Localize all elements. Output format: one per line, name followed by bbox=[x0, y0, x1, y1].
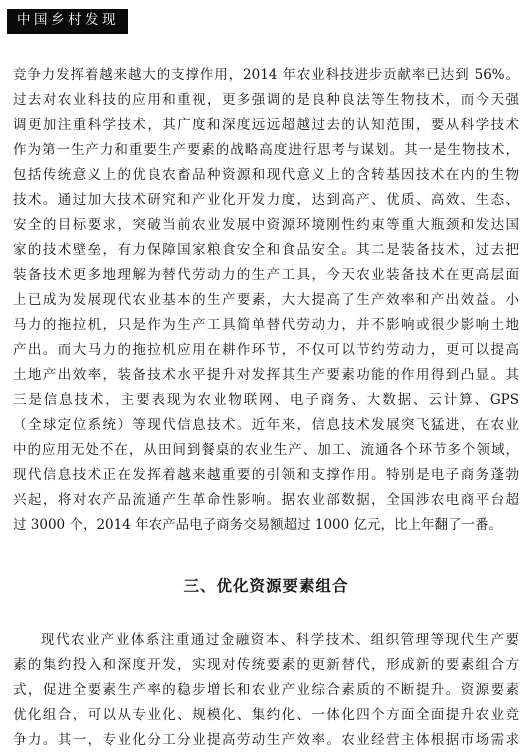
text-line: 优化组合，可以从专业化、规模化、集约化、一体化四个方面全面提升农业竞 bbox=[13, 703, 519, 728]
publication-badge: 中国乡村发现 bbox=[7, 9, 128, 34]
text-line: 调更加注重科学技术，其广度和深度远远超越过去的认知范围，要从科学技术 bbox=[13, 113, 519, 138]
text-line: 中的应用无处不在，从田间到餐桌的农业生产、加工、流通各个环节多个领域， bbox=[13, 438, 519, 463]
paragraph-resource-elements: 现代农业产业体系注重通过金融资本、科学技术、组织管理等现代生产要素的集约投入和深… bbox=[13, 628, 519, 753]
document-page: 中国乡村发现 竞争力发挥着越来越大的支撑作用，2014 年农业科技进步贡献率已达… bbox=[0, 0, 531, 755]
text-line: 三是信息技术，主要表现为农业物联网、电子商务、大数据、云计算、GPS bbox=[13, 388, 519, 413]
text-line: （全球定位系统）等现代信息技术。近年来，信息技术发展突飞猛进，在农业 bbox=[13, 413, 519, 438]
text-line: 装备技术更多地理解为替代劳动力的生产工具，今天农业装备技术在更高层面 bbox=[13, 263, 519, 288]
text-line: 现代信息技术正在发挥着越来越重要的引领和支撑作用。特别是电子商务蓬勃 bbox=[13, 463, 519, 488]
text-line: 马力的拖拉机，只是作为生产工具简单替代劳动力，并不影响或很少影响土地 bbox=[13, 313, 519, 338]
text-line: 争力。其一，专业化分工分业提高劳动生产效率。农业经营主体根据市场需求 bbox=[13, 728, 519, 753]
text-line: 过 3000 个，2014 年农产品电子商务交易额超过 1000 亿元，比上年翻… bbox=[13, 513, 519, 538]
text-line: 兴起，将对农产品流通产生革命性影响。据农业部数据，全国涉农电商平台超 bbox=[13, 488, 519, 513]
text-line: 技术。通过加大技术研究和产业化开发力度，达到高产、优质、高效、生态、 bbox=[13, 188, 519, 213]
section-heading: 三、优化资源要素组合 bbox=[13, 573, 519, 598]
text-line: 土地产出效率，装备技术水平提升对发挥其生产要素功能的作用得到凸显。其 bbox=[13, 363, 519, 388]
text-line: 式，促进全要素生产率的稳步增长和农业产业综合素质的不断提升。资源要素 bbox=[13, 678, 519, 703]
text-line: 现代农业产业体系注重通过金融资本、科学技术、组织管理等现代生产要 bbox=[13, 628, 519, 653]
text-line: 过去对农业科技的应用和重视，更多强调的是良种良法等生物技术，而今天强 bbox=[13, 88, 519, 113]
text-line: 产出。而大马力的拖拉机应用在耕作环节，不仅可以节约劳动力，更可以提高 bbox=[13, 338, 519, 363]
paragraph-science-technology: 竞争力发挥着越来越大的支撑作用，2014 年农业科技进步贡献率已达到 56%。过… bbox=[13, 63, 519, 538]
text-line: 安全的目标要求，突破当前农业发展中资源环境刚性约束等重大瓶颈和发达国 bbox=[13, 213, 519, 238]
text-line: 包括传统意义上的优良农畜品种资源和现代意义上的含转基因技术在内的生物 bbox=[13, 163, 519, 188]
text-line: 素的集约投入和深度开发，实现对传统要素的更新替代，形成新的要素组合方 bbox=[13, 653, 519, 678]
text-line: 竞争力发挥着越来越大的支撑作用，2014 年农业科技进步贡献率已达到 56%。 bbox=[13, 63, 519, 88]
text-line: 作为第一生产力和重要生产要素的战略高度进行思考与谋划。其一是生物技术， bbox=[13, 138, 519, 163]
text-line: 上已成为发展现代农业基本的生产要素，大大提高了生产效率和产出效益。小 bbox=[13, 288, 519, 313]
text-line: 家的技术壁垒，有力保障国家粮食安全和食品安全。其二是装备技术，过去把 bbox=[13, 238, 519, 263]
page-body: 竞争力发挥着越来越大的支撑作用，2014 年农业科技进步贡献率已达到 56%。过… bbox=[13, 63, 519, 753]
